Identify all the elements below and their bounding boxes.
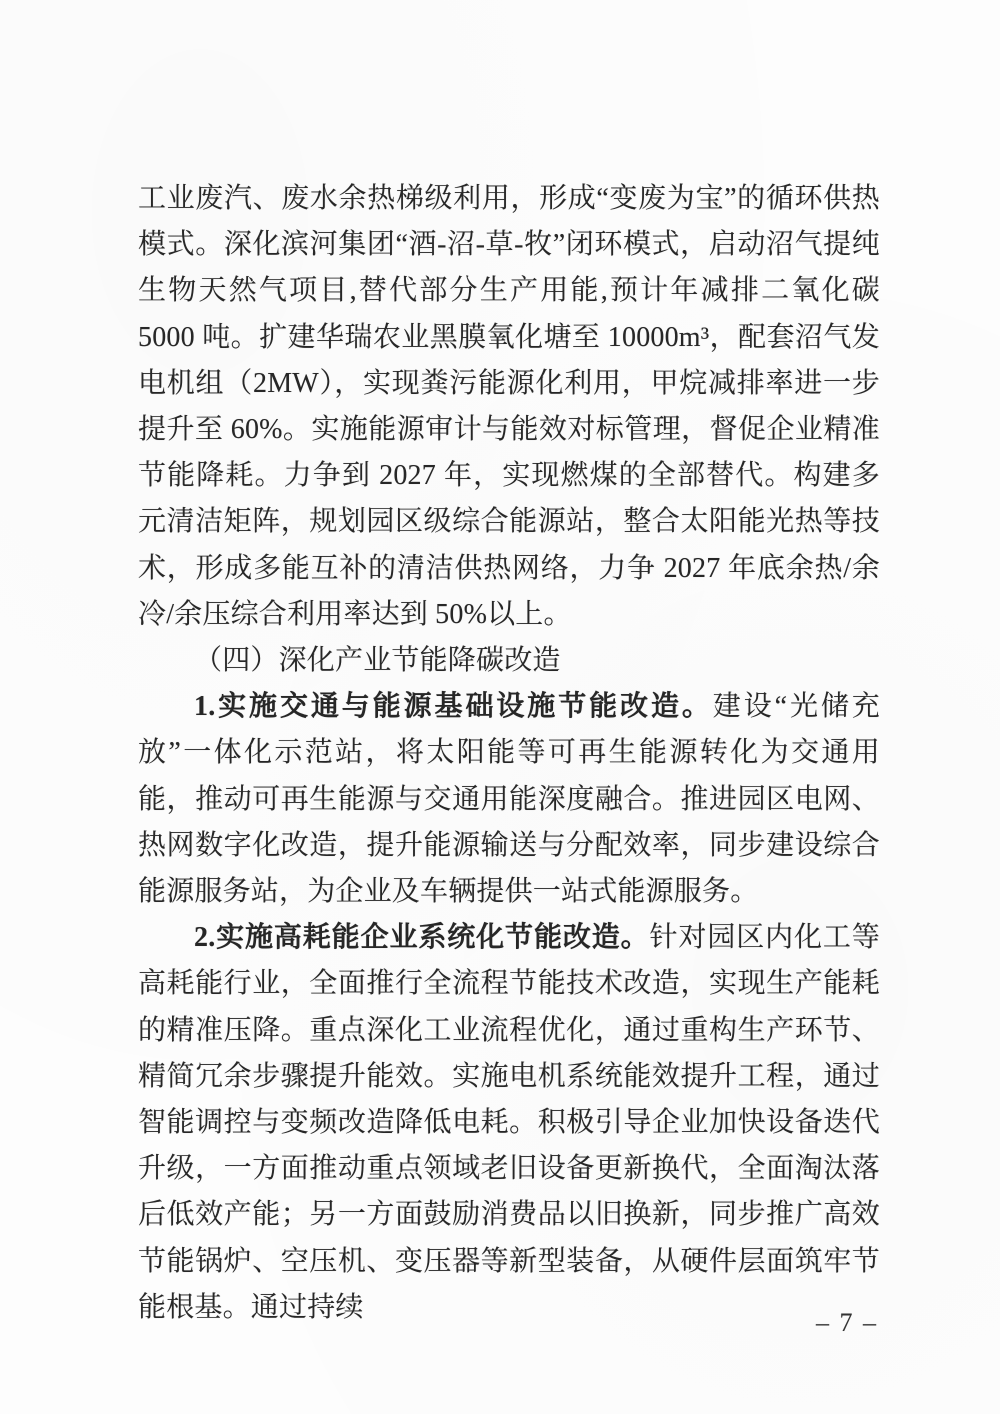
item-2-lead: 2.实施高耗能企业系统化节能改造。	[194, 922, 650, 953]
document-page: 工业废汽、废水余热梯级利用，形成“变废为宝”的循环供热模式。深化滨河集团“酒-沼…	[0, 0, 1000, 1414]
paragraph-item-1: 1.实施交通与能源基础设施节能改造。建设“光储充放”一体化示范站，将太阳能等可再…	[138, 684, 880, 915]
paragraph-item-2: 2.实施高耗能企业系统化节能改造。针对园区内化工等高耗能行业，全面推行全流程节能…	[138, 915, 880, 1331]
document-body: 工业废汽、废水余热梯级利用，形成“变废为宝”的循环供热模式。深化滨河集团“酒-沼…	[138, 176, 880, 1331]
section-heading: （四）深化产业节能降碳改造	[138, 638, 880, 684]
item-1-lead: 1.实施交通与能源基础设施节能改造。	[194, 691, 713, 722]
item-1-text: 建设“光储充放”一体化示范站，将太阳能等可再生能源转化为交通用能，推动可再生能源…	[138, 691, 880, 907]
item-2-text: 针对园区内化工等高耗能行业，全面推行全流程节能技术改造，实现生产能耗的精准压降。…	[138, 922, 880, 1323]
paragraph-continuation: 工业废汽、废水余热梯级利用，形成“变废为宝”的循环供热模式。深化滨河集团“酒-沼…	[138, 176, 880, 638]
page-number: – 7 –	[816, 1308, 878, 1338]
